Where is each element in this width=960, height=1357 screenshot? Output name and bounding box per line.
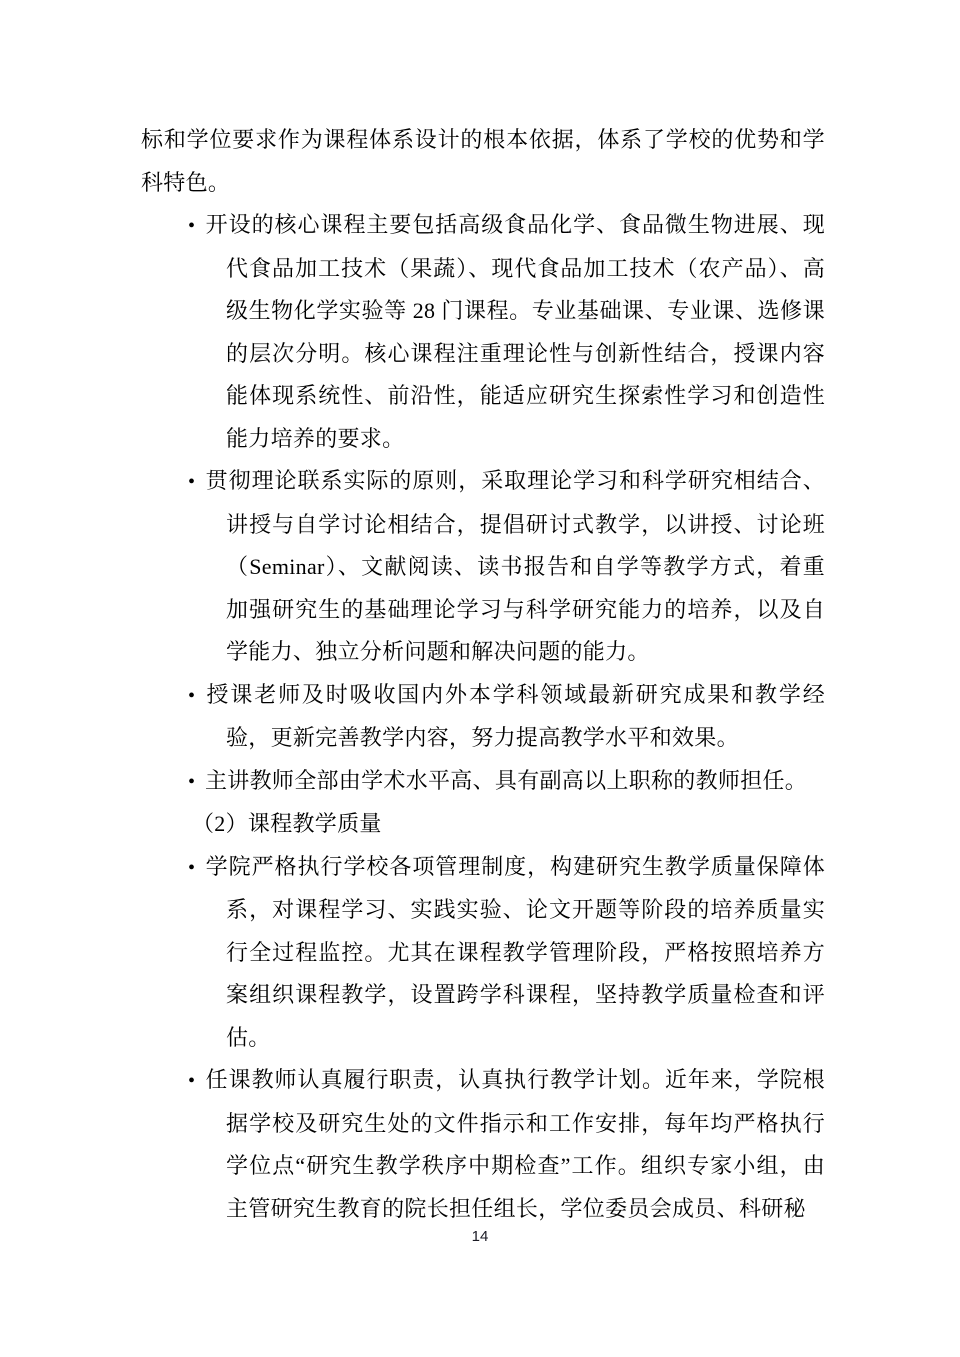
document-body: 标和学位要求作为课程体系设计的根本依据，体系了学校的优势和学科特色。 •开设的核… <box>141 119 825 1230</box>
bullet-text: 任课教师认真履行职责，认真执行教学计划。近年来，学院根据学校及研究生处的文件指示… <box>205 1067 825 1221</box>
list-item: •主讲教师全部由学术水平高、具有副高以上职称的教师担任。 <box>141 760 825 804</box>
intro-paragraph: 标和学位要求作为课程体系设计的根本依据，体系了学校的优势和学科特色。 <box>141 119 825 204</box>
bullet-icon: • <box>188 847 205 890</box>
bullet-text: 授课老师及时吸收国内外本学科领域最新研究成果和教学经验，更新完善教学内容，努力提… <box>205 682 825 751</box>
bullet-icon: • <box>188 675 205 718</box>
bullet-text: 贯彻理论联系实际的原则，采取理论学习和科学研究相结合、讲授与自学讨论相结合，提倡… <box>205 468 825 664</box>
document-page: 标和学位要求作为课程体系设计的根本依据，体系了学校的优势和学科特色。 •开设的核… <box>0 0 960 1357</box>
bullet-icon: • <box>188 761 205 804</box>
bullet-icon: • <box>188 461 205 504</box>
bullet-icon: • <box>188 205 205 248</box>
list-item: •学院严格执行学校各项管理制度，构建研究生教学质量保障体系，对课程学习、实践实验… <box>141 846 825 1060</box>
bullet-text: 主讲教师全部由学术水平高、具有副高以上职称的教师担任。 <box>205 768 807 793</box>
section-heading: （2）课程教学质量 <box>192 803 825 846</box>
list-item: •授课老师及时吸收国内外本学科领域最新研究成果和教学经验，更新完善教学内容，努力… <box>141 674 825 760</box>
list-item: •开设的核心课程主要包括高级食品化学、食品微生物进展、现代食品加工技术（果蔬）、… <box>141 204 825 460</box>
list-item: •贯彻理论联系实际的原则，采取理论学习和科学研究相结合、讲授与自学讨论相结合，提… <box>141 460 825 674</box>
bullet-text: 学院严格执行学校各项管理制度，构建研究生教学质量保障体系，对课程学习、实践实验、… <box>205 854 825 1050</box>
page-number: 14 <box>0 1228 960 1245</box>
bullet-text: 开设的核心课程主要包括高级食品化学、食品微生物进展、现代食品加工技术（果蔬）、现… <box>205 212 825 451</box>
list-item: •任课教师认真履行职责，认真执行教学计划。近年来，学院根据学校及研究生处的文件指… <box>141 1059 825 1230</box>
bullet-icon: • <box>188 1060 205 1103</box>
